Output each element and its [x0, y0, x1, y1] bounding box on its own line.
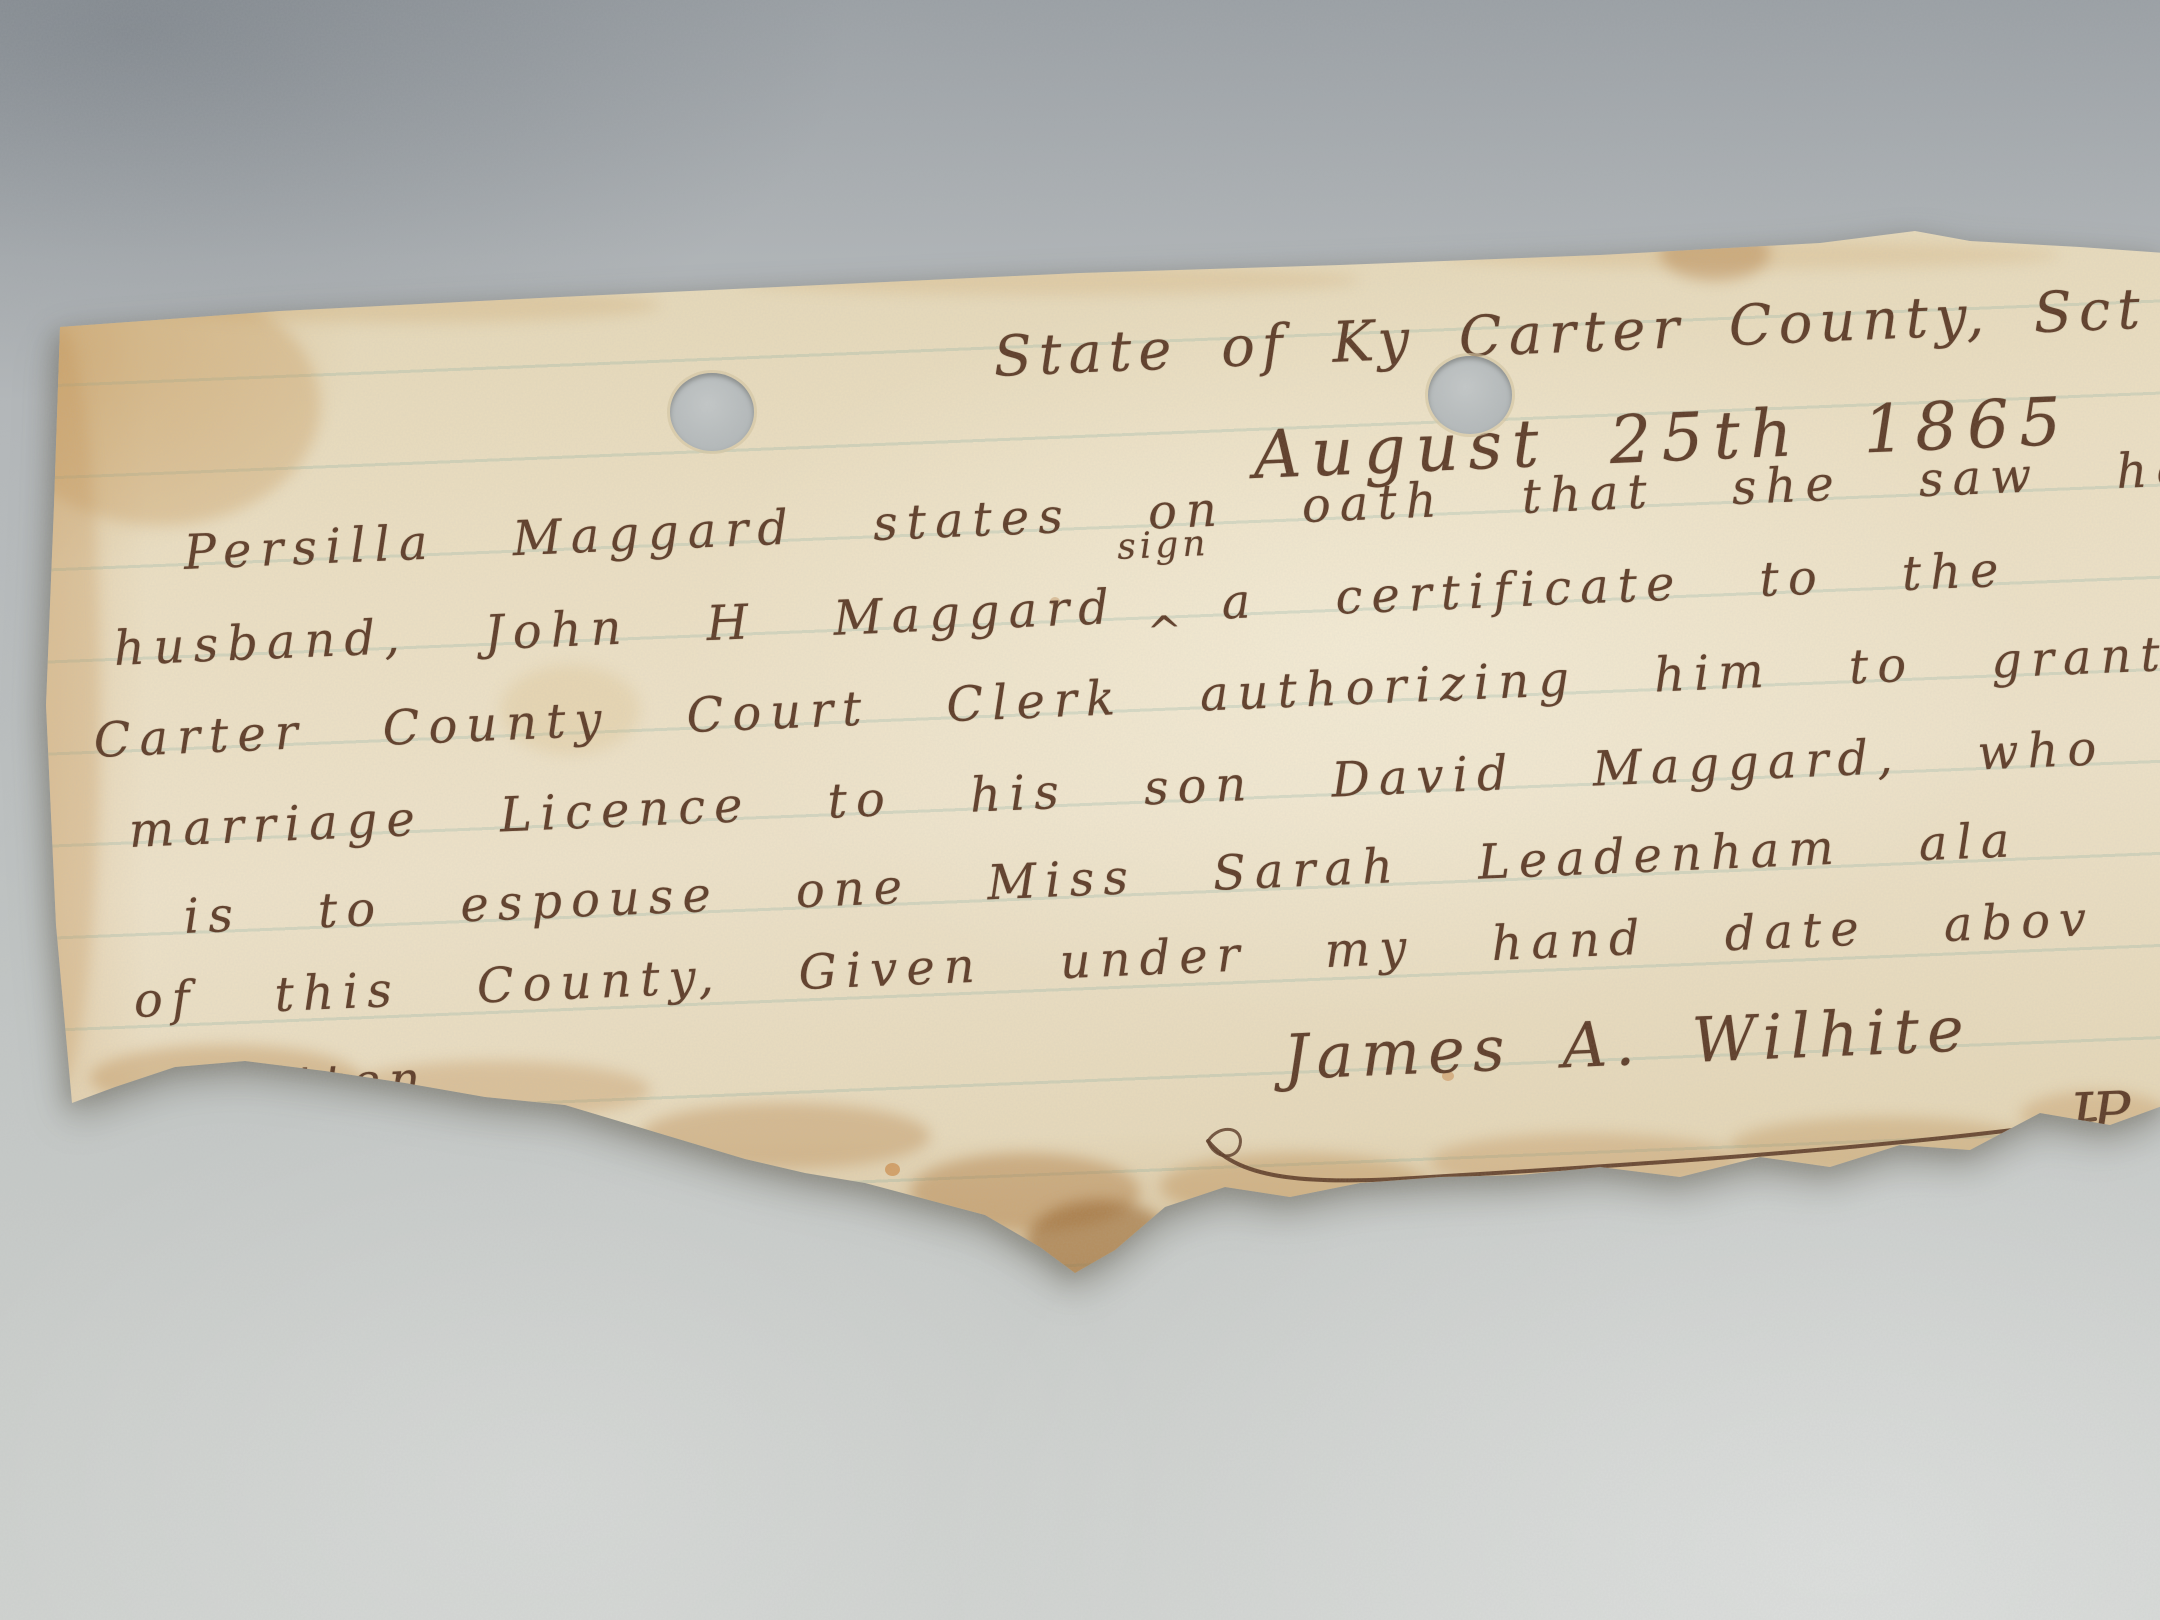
- stain: [1660, 225, 1770, 281]
- punch-hole-left: [670, 373, 754, 451]
- insertion-caret: ^: [1146, 606, 1192, 657]
- stain: [740, 265, 1360, 295]
- document-paper: State of Ky Carter County, Sct August 25…: [40, 225, 2160, 1280]
- inserted-word: sign: [1116, 523, 1210, 568]
- photo-of-document: State of Ky Carter County, Sct August 25…: [0, 0, 2160, 1620]
- stain: [140, 287, 660, 323]
- insertion-block: sign^: [1118, 609, 1222, 623]
- foxing-speck: [933, 1204, 944, 1214]
- signature-flourish: [1200, 1111, 2110, 1195]
- torn-edge-stain: [1025, 1200, 1175, 1292]
- body-line-7: written: [188, 1051, 430, 1117]
- paper-wrapper: State of Ky Carter County, Sct August 25…: [0, 0, 2160, 1620]
- punch-hole-right: [1428, 356, 1512, 434]
- stain: [0, 285, 320, 525]
- foxing-speck: [885, 1163, 900, 1176]
- stain: [20, 325, 100, 1085]
- torn-edge-stain: [640, 1103, 930, 1169]
